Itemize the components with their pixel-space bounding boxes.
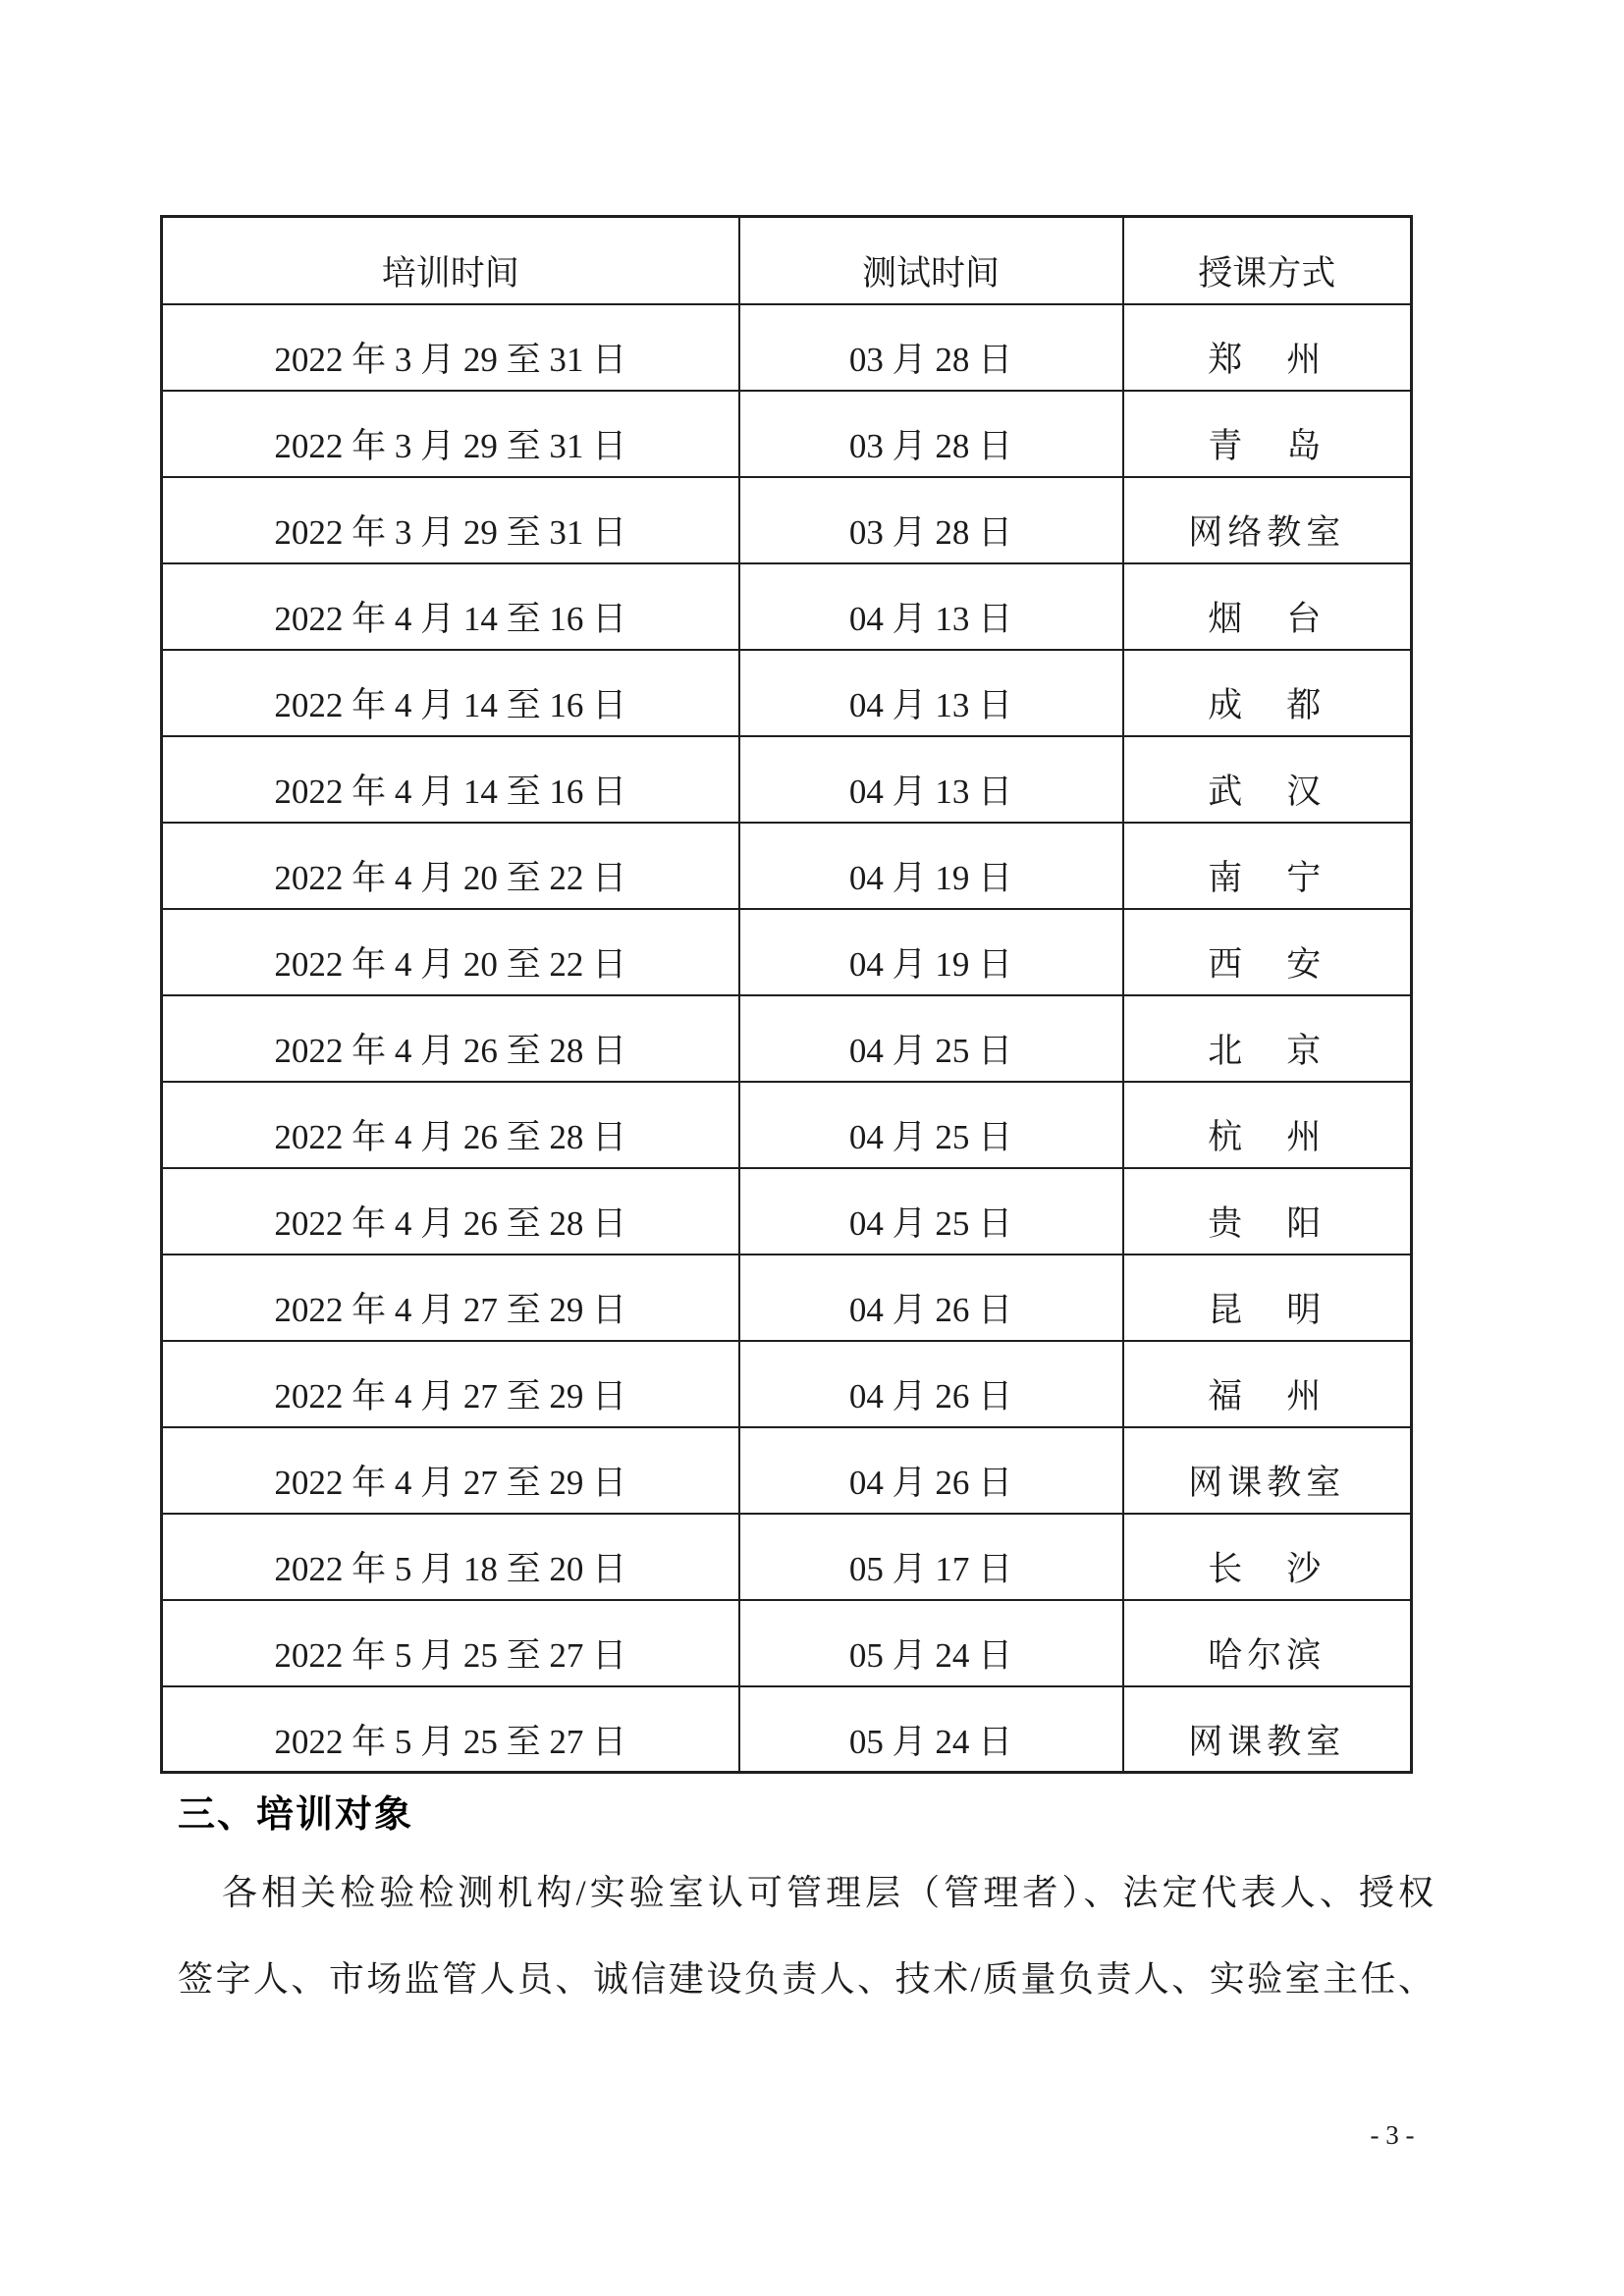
cell-method: 青 岛: [1123, 391, 1412, 477]
table-row: 2022 年 4 月 20 至 22 日 04 月 19 日 南 宁: [162, 823, 1412, 909]
cell-training-time: 2022 年 3 月 29 至 31 日: [162, 304, 739, 391]
table-row: 2022 年 5 月 25 至 27 日 05 月 24 日 网课教室: [162, 1686, 1412, 1773]
cell-training-time: 2022 年 4 月 20 至 22 日: [162, 823, 739, 909]
cell-test-time: 04 月 19 日: [739, 823, 1123, 909]
table-row: 2022 年 5 月 18 至 20 日 05 月 17 日 长 沙: [162, 1514, 1412, 1600]
cell-test-time: 03 月 28 日: [739, 477, 1123, 563]
cell-test-time: 04 月 26 日: [739, 1341, 1123, 1427]
cell-test-time: 04 月 25 日: [739, 1168, 1123, 1255]
table-row: 2022 年 3 月 29 至 31 日 03 月 28 日 郑 州: [162, 304, 1412, 391]
cell-method: 西 安: [1123, 909, 1412, 995]
cell-test-time: 05 月 24 日: [739, 1600, 1123, 1686]
training-schedule-table: 培训时间 测试时间 授课方式 2022 年 3 月 29 至 31 日 03 月…: [160, 215, 1413, 1774]
cell-method: 网络教室: [1123, 477, 1412, 563]
cell-training-time: 2022 年 4 月 26 至 28 日: [162, 1168, 739, 1255]
paragraph-line-2: 签字人、市场监管人员、诚信建设负责人、技术/质量负责人、实验室主任、: [178, 1957, 1434, 2001]
cell-test-time: 05 月 24 日: [739, 1686, 1123, 1773]
cell-training-time: 2022 年 5 月 25 至 27 日: [162, 1600, 739, 1686]
table-row: 2022 年 4 月 20 至 22 日 04 月 19 日 西 安: [162, 909, 1412, 995]
table-row: 2022 年 4 月 26 至 28 日 04 月 25 日 杭 州: [162, 1082, 1412, 1168]
cell-method: 哈尔滨: [1123, 1600, 1412, 1686]
cell-training-time: 2022 年 4 月 27 至 29 日: [162, 1427, 739, 1514]
cell-training-time: 2022 年 4 月 27 至 29 日: [162, 1255, 739, 1341]
cell-test-time: 05 月 17 日: [739, 1514, 1123, 1600]
table-row: 2022 年 4 月 14 至 16 日 04 月 13 日 成 都: [162, 650, 1412, 736]
table-row: 2022 年 4 月 27 至 29 日 04 月 26 日 福 州: [162, 1341, 1412, 1427]
cell-training-time: 2022 年 3 月 29 至 31 日: [162, 477, 739, 563]
header-test-time: 测试时间: [739, 217, 1123, 304]
cell-method: 烟 台: [1123, 563, 1412, 650]
section-heading: 三、培训对象: [178, 1792, 1434, 1838]
table-row: 2022 年 4 月 27 至 29 日 04 月 26 日 网课教室: [162, 1427, 1412, 1514]
cell-test-time: 03 月 28 日: [739, 304, 1123, 391]
cell-method: 昆 明: [1123, 1255, 1412, 1341]
cell-training-time: 2022 年 5 月 18 至 20 日: [162, 1514, 739, 1600]
cell-training-time: 2022 年 5 月 25 至 27 日: [162, 1686, 739, 1773]
cell-method: 杭 州: [1123, 1082, 1412, 1168]
cell-method: 长 沙: [1123, 1514, 1412, 1600]
cell-method: 网课教室: [1123, 1686, 1412, 1773]
table-header-row: 培训时间 测试时间 授课方式: [162, 217, 1412, 304]
cell-method: 郑 州: [1123, 304, 1412, 391]
page-number: - 3 -: [1353, 2118, 1432, 2152]
cell-test-time: 04 月 13 日: [739, 736, 1123, 823]
cell-training-time: 2022 年 4 月 14 至 16 日: [162, 563, 739, 650]
cell-method: 成 都: [1123, 650, 1412, 736]
table-row: 2022 年 3 月 29 至 31 日 03 月 28 日 青 岛: [162, 391, 1412, 477]
header-method: 授课方式: [1123, 217, 1412, 304]
cell-test-time: 03 月 28 日: [739, 391, 1123, 477]
cell-test-time: 04 月 25 日: [739, 1082, 1123, 1168]
cell-training-time: 2022 年 4 月 26 至 28 日: [162, 995, 739, 1082]
cell-training-time: 2022 年 4 月 14 至 16 日: [162, 650, 739, 736]
cell-test-time: 04 月 26 日: [739, 1255, 1123, 1341]
table-row: 2022 年 4 月 14 至 16 日 04 月 13 日 烟 台: [162, 563, 1412, 650]
cell-test-time: 04 月 25 日: [739, 995, 1123, 1082]
cell-method: 南 宁: [1123, 823, 1412, 909]
table-row: 2022 年 4 月 14 至 16 日 04 月 13 日 武 汉: [162, 736, 1412, 823]
cell-test-time: 04 月 13 日: [739, 563, 1123, 650]
cell-training-time: 2022 年 4 月 26 至 28 日: [162, 1082, 739, 1168]
cell-method: 福 州: [1123, 1341, 1412, 1427]
cell-method: 网课教室: [1123, 1427, 1412, 1514]
cell-test-time: 04 月 26 日: [739, 1427, 1123, 1514]
table-row: 2022 年 4 月 26 至 28 日 04 月 25 日 北 京: [162, 995, 1412, 1082]
cell-training-time: 2022 年 3 月 29 至 31 日: [162, 391, 739, 477]
table-row: 2022 年 4 月 26 至 28 日 04 月 25 日 贵 阳: [162, 1168, 1412, 1255]
cell-method: 贵 阳: [1123, 1168, 1412, 1255]
cell-training-time: 2022 年 4 月 14 至 16 日: [162, 736, 739, 823]
cell-training-time: 2022 年 4 月 27 至 29 日: [162, 1341, 739, 1427]
table-row: 2022 年 4 月 27 至 29 日 04 月 26 日 昆 明: [162, 1255, 1412, 1341]
paragraph-line-1: 各相关检验检测机构/实验室认可管理层（管理者）、法定代表人、授权: [178, 1871, 1434, 1914]
schedule-table-body: 2022 年 3 月 29 至 31 日 03 月 28 日 郑 州 2022 …: [162, 304, 1412, 1773]
cell-training-time: 2022 年 4 月 20 至 22 日: [162, 909, 739, 995]
cell-method: 武 汉: [1123, 736, 1412, 823]
cell-test-time: 04 月 13 日: [739, 650, 1123, 736]
cell-test-time: 04 月 19 日: [739, 909, 1123, 995]
cell-method: 北 京: [1123, 995, 1412, 1082]
table-row: 2022 年 3 月 29 至 31 日 03 月 28 日 网络教室: [162, 477, 1412, 563]
table-row: 2022 年 5 月 25 至 27 日 05 月 24 日 哈尔滨: [162, 1600, 1412, 1686]
header-training-time: 培训时间: [162, 217, 739, 304]
document-page: 培训时间 测试时间 授课方式 2022 年 3 月 29 至 31 日 03 月…: [0, 0, 1624, 2296]
